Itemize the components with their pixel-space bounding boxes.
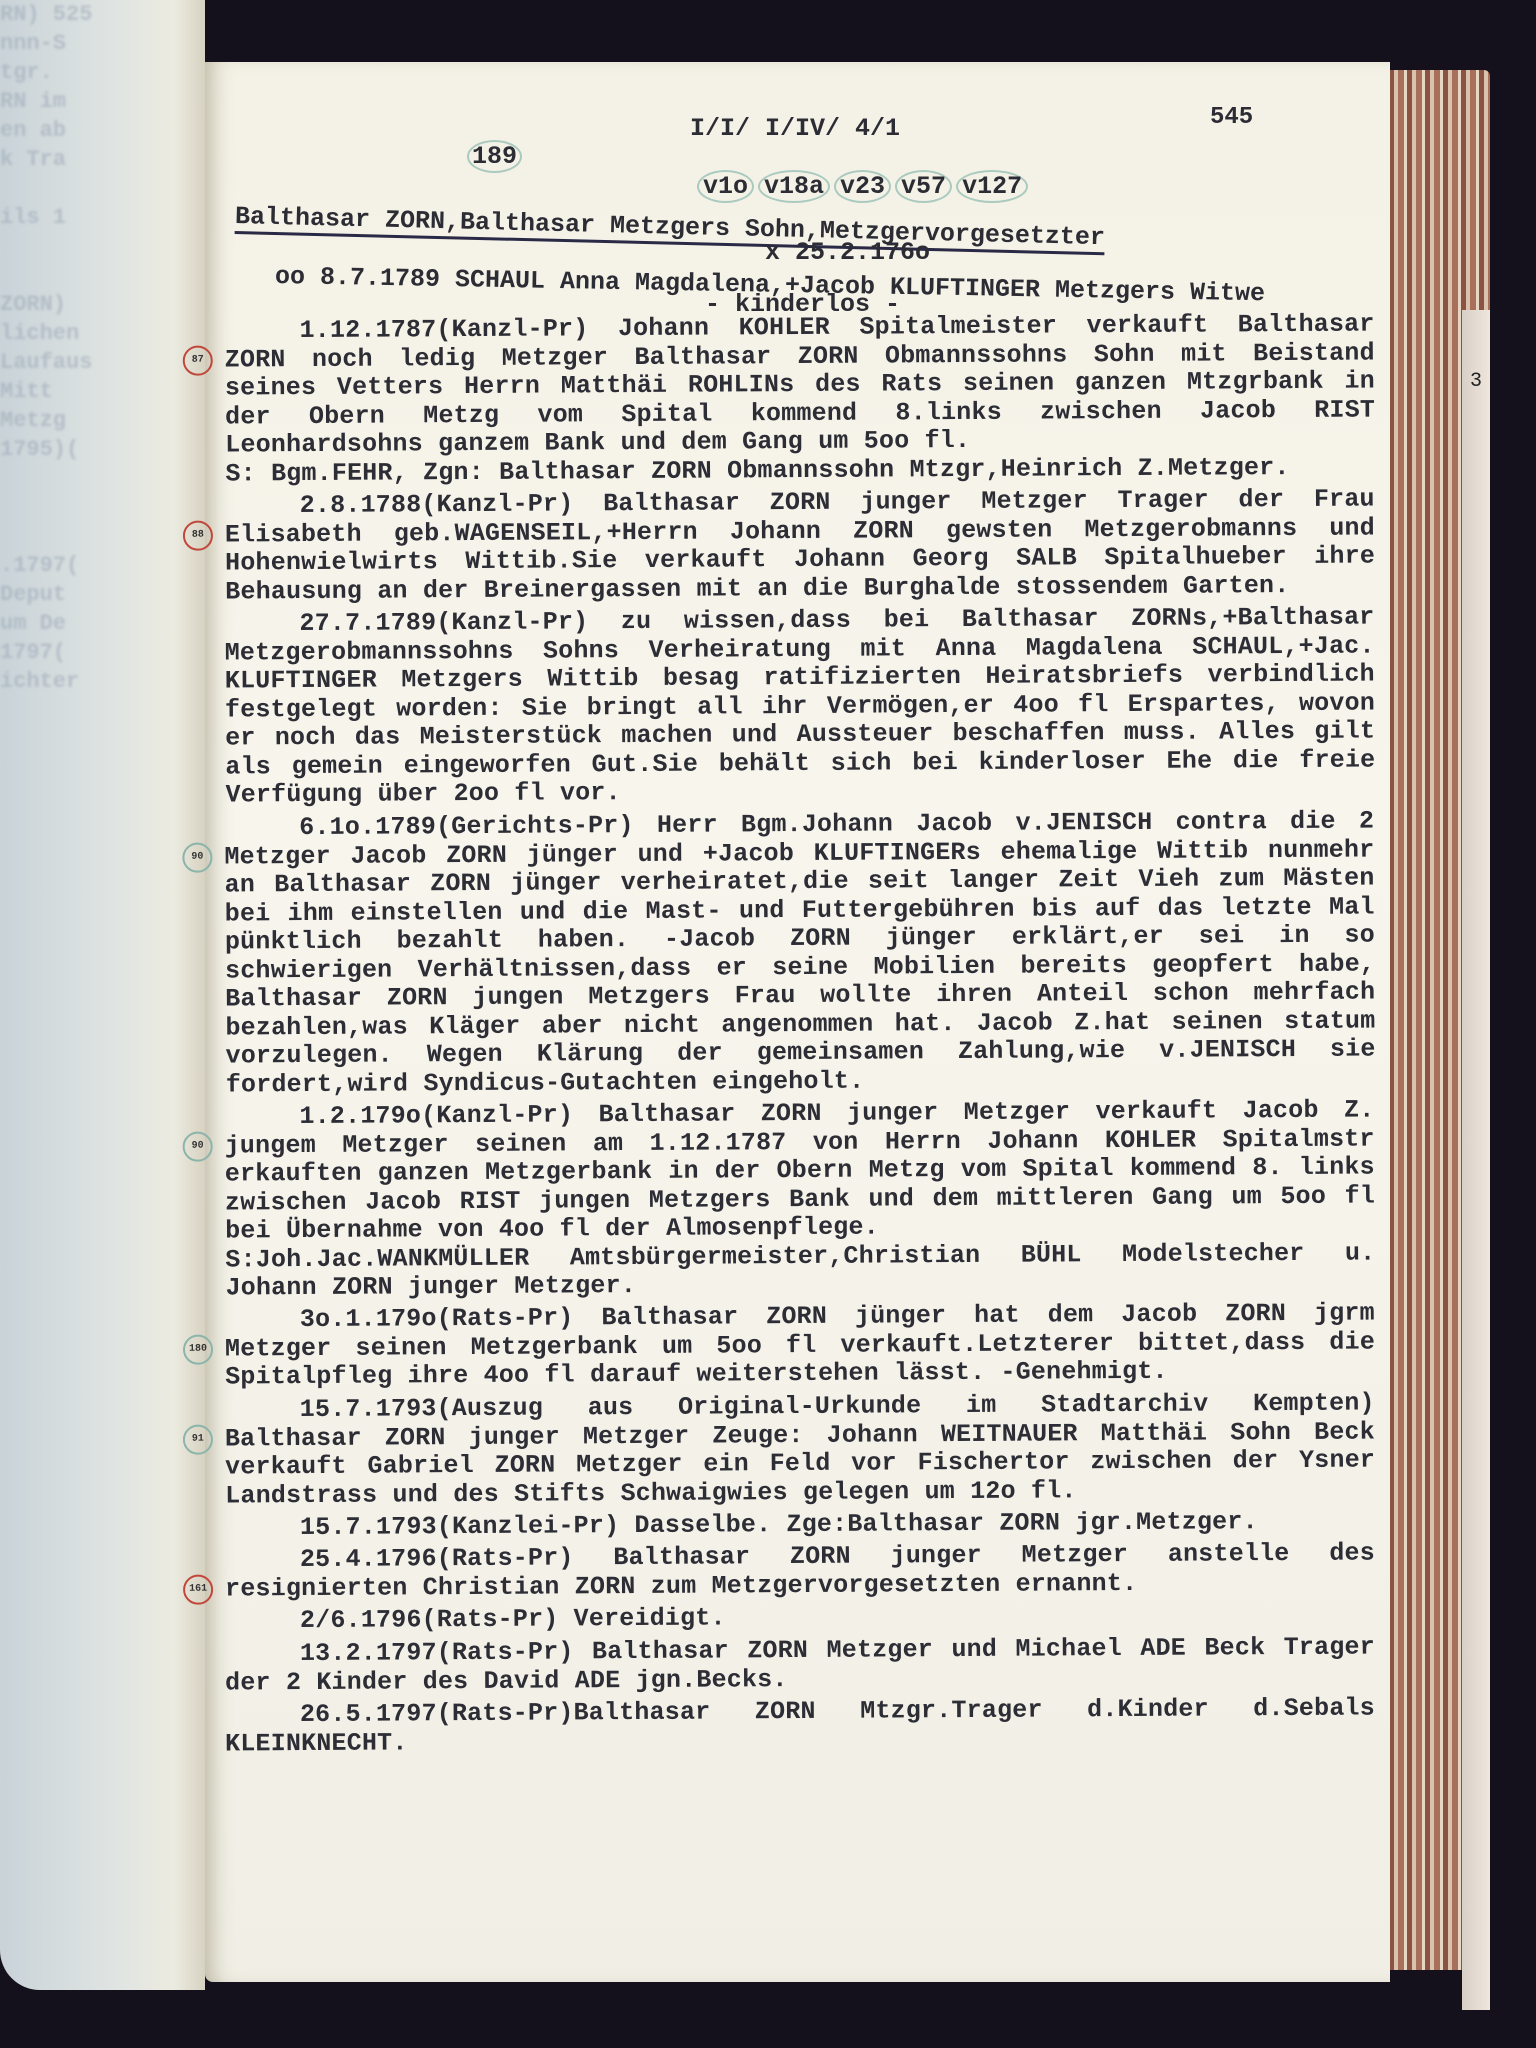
margin-annotation: 90: [183, 1131, 213, 1161]
volume-reference: v23: [834, 170, 891, 203]
person-title: Balthasar ZORN,Balthasar Metzgers Sohn,M…: [235, 202, 1106, 255]
margin-annotation: 87: [183, 346, 213, 376]
entry-text: 26.5.1797(Rats-Pr)Balthasar ZORN Mtzgr.T…: [225, 1694, 1375, 1758]
right-page: 545 I/I/ I/IV/ 4/1 189 v1ov18av23v57v127…: [205, 62, 1390, 1982]
entry-text: 1.12.1787(Kanzl-Pr) Johann KOHLER Spital…: [224, 310, 1375, 460]
volume-references: v1ov18av23v57v127: [697, 170, 1028, 203]
page-number: 545: [1210, 104, 1253, 131]
record-entry: 27.7.1789(Kanzl-Pr) zu wissen,dass bei B…: [224, 603, 1375, 810]
entry-text: 13.2.1797(Rats-Pr) Balthasar ZORN Metzge…: [225, 1633, 1375, 1697]
volume-reference: v57: [895, 170, 952, 203]
margin-annotation: 161: [183, 1575, 213, 1605]
entry-text: 3o.1.179o(Rats-Pr) Balthasar ZORN jünger…: [225, 1299, 1376, 1392]
entry-number: 189: [467, 140, 522, 173]
margin-annotation: 88: [183, 521, 213, 551]
record-entry: 906.1o.1789(Gerichts-Pr) Herr Bgm.Johann…: [224, 807, 1376, 1099]
entry-text: 15.7.1793(Kanzlei-Pr) Dasselbe. Zge:Balt…: [225, 1507, 1375, 1543]
entry-text: 27.7.1789(Kanzl-Pr) zu wissen,dass bei B…: [224, 603, 1375, 810]
record-entry: 26.5.1797(Rats-Pr)Balthasar ZORN Mtzgr.T…: [225, 1694, 1375, 1758]
record-header: 545 I/I/ I/IV/ 4/1 189 v1ov18av23v57v127…: [205, 62, 1390, 322]
record-entry: 15.7.1793(Kanzlei-Pr) Dasselbe. Zge:Balt…: [225, 1507, 1375, 1543]
left-page: RN) 525 nnn-S tgr. RN im en ab k Tra ils…: [0, 0, 205, 1990]
volume-reference: v1o: [697, 170, 754, 203]
margin-annotation: 180: [183, 1335, 213, 1365]
record-entry: 901.2.179o(Kanzl-Pr) Balthasar ZORN jung…: [224, 1096, 1375, 1303]
margin-annotation: 90: [182, 842, 212, 872]
entry-text: 6.1o.1789(Gerichts-Pr) Herr Bgm.Johann J…: [224, 807, 1376, 1099]
entry-text: 1.2.179o(Kanzl-Pr) Balthasar ZORN junger…: [224, 1096, 1375, 1246]
entry-witnesses: S: Bgm.FEHR, Zgn: Balthasar ZORN Obmanns…: [225, 453, 1375, 489]
entry-text: 2/6.1796(Rats-Pr) Vereidigt.: [225, 1600, 1375, 1636]
birth-date: x 25.2.176o: [765, 238, 930, 267]
page-edges: 3: [1380, 70, 1490, 1970]
volume-reference: v127: [956, 170, 1028, 203]
margin-annotation: 91: [183, 1424, 213, 1454]
entry-text: 25.4.1796(Rats-Pr) Balthasar ZORN junger…: [225, 1539, 1375, 1603]
record-entry: 871.12.1787(Kanzl-Pr) Johann KOHLER Spit…: [224, 310, 1375, 488]
entry-witnesses: S:Joh.Jac.WANKMÜLLER Amtsbürgermeister,C…: [225, 1238, 1375, 1302]
entry-text: 2.8.1788(Kanzl-Pr) Balthasar ZORN junger…: [225, 485, 1376, 606]
record-entry: 9115.7.1793(Auszug aus Original-Urkunde …: [225, 1389, 1376, 1510]
record-entry: 13.2.1797(Rats-Pr) Balthasar ZORN Metzge…: [225, 1633, 1375, 1697]
archive-reference: I/I/ I/IV/ 4/1: [690, 114, 900, 143]
entry-text: 15.7.1793(Auszug aus Original-Urkunde im…: [225, 1389, 1376, 1510]
record-entry: 1803o.1.179o(Rats-Pr) Balthasar ZORN jün…: [225, 1299, 1376, 1392]
record-entry: 2/6.1796(Rats-Pr) Vereidigt.: [225, 1600, 1375, 1636]
record-entry: 16125.4.1796(Rats-Pr) Balthasar ZORN jun…: [225, 1539, 1375, 1603]
left-page-bleed-text: RN) 525 nnn-S tgr. RN im en ab k Tra ils…: [0, 0, 200, 696]
record-entries: 871.12.1787(Kanzl-Pr) Johann KOHLER Spit…: [225, 314, 1375, 1759]
edge-tab-number: 3: [1470, 370, 1482, 393]
volume-reference: v18a: [758, 170, 830, 203]
record-entry: 882.8.1788(Kanzl-Pr) Balthasar ZORN jung…: [225, 485, 1376, 606]
page-edge-tab: 3: [1462, 310, 1490, 2010]
